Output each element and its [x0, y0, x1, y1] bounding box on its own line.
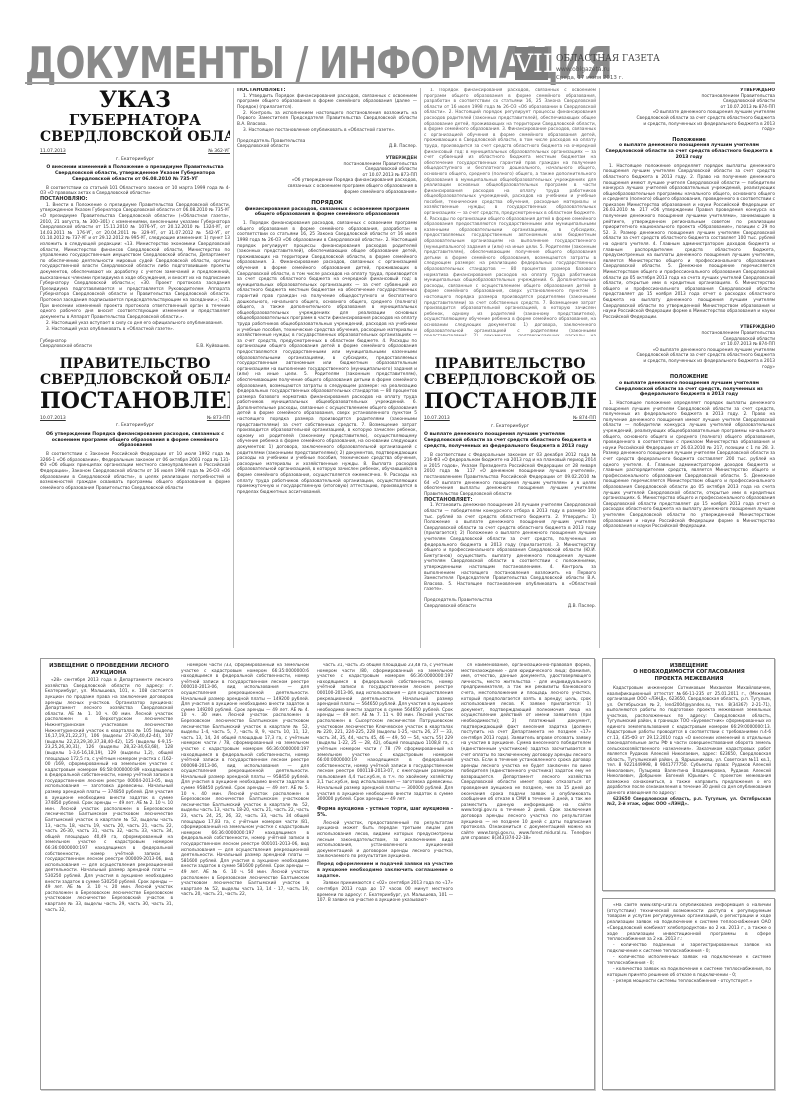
heat-supply-body: «На сайте www.skhp-ural.ru опубликована …	[607, 903, 771, 943]
post873-gov-2: СВЕРДЛОВСКОЙ ОБЛАСТИ	[40, 372, 230, 388]
ukaz-date: 11.07.2013	[40, 149, 66, 155]
mezhevanie-notice: ИЗВЕЩЕНИЕ О НЕОБХОДИМОСТИ СОГЛАСОВАНИЯ П…	[602, 658, 775, 891]
column-ukaz: УКАЗ ГУБЕРНАТОРА СВЕРДЛОВСКОЙ ОБЛАСТИ 11…	[40, 88, 230, 648]
heat-supply-item-2: - количество исполненных заявок на подкл…	[607, 955, 771, 966]
ukaz-signer-name: Е.В. Куйвашев.	[196, 344, 230, 350]
issue-date: Среда, 17 июля 2013 г.	[556, 75, 623, 81]
auction-text-3b: Лесной участок, предоставленный по резул…	[317, 821, 453, 860]
ukaz-intro: В соответствии со статьей 101 Областного…	[40, 186, 230, 197]
ukaz-heading: О внесении изменений в Положение о прези…	[40, 165, 230, 182]
auction-col-3: часть 31, часть 35 общей площадью 23,48 …	[317, 663, 453, 1083]
column-divider	[420, 88, 421, 648]
order-body-continued: 1. Порядок финансирования расходов, связ…	[424, 88, 596, 336]
post873-signer-title-2: Свердловской области	[237, 144, 305, 150]
post873-date: 10.07.2013	[40, 416, 66, 422]
post873-city: г. Екатеринбург	[40, 423, 230, 429]
post873-point-3: 3. Настоящее постановление опубликовать …	[237, 128, 417, 134]
order-subtitle: финансирования расходов, связанных с осв…	[237, 207, 417, 219]
column-post873-order: ПОСТАНОВЛЯЕТ: 1. Утвердить Порядок финан…	[237, 88, 417, 648]
post873-signer-name: Д.В. Паслер.	[389, 144, 417, 150]
auction-text-1: «28» сентября 2013 года в Департаменте л…	[45, 678, 173, 913]
ukaz-subtitle-2: СВЕРДЛОВСКОЙ ОБЛАСТИ	[40, 129, 230, 146]
post873-gov-1: ПРАВИТЕЛЬСТВО	[40, 356, 230, 372]
post874-heading: О выплате денежного поощрения лучшим учи…	[424, 432, 596, 449]
post874-number: № 874-ПП	[573, 416, 596, 422]
auction-text-3: часть 31, часть 35 общей площадью 23,48 …	[317, 663, 453, 803]
auction-notice: ИЗВЕЩЕНИЕ О ПРОВЕДЕНИИ ЛЕСНОГО АУКЦИОНА …	[40, 658, 595, 1090]
auction-col-4: ся наименование, организационно-правовая…	[461, 663, 591, 1083]
auction-form-heading: Форма аукциона - устные торги, шаг аукци…	[317, 807, 453, 819]
post874-date: 10.07.2013	[424, 416, 450, 422]
ukaz-body: 1. Внести в Положение о президиуме Прави…	[40, 203, 230, 320]
page-number: VII	[515, 47, 548, 80]
post874-signer-title-2: Свердловской области	[424, 604, 492, 610]
ukaz-signer-title-2: Свердловской области	[40, 344, 92, 350]
newspaper-url[interactable]: www.oblgazeta.ru	[556, 66, 610, 73]
post873-body: В соответствии с Законом Российской Феде…	[40, 452, 230, 491]
reg1-body: 1. Настоящее положение определяет порядо…	[603, 164, 775, 321]
reg2-body: 1. Настоящее положение определяет порядо…	[603, 401, 775, 530]
reg1-line-4: «О выплате денежного поощрения лучшим уч…	[633, 110, 775, 132]
ukaz-city: г. Екатеринбург	[40, 157, 230, 163]
auction-text-2: номером части /33, сформированный на зем…	[181, 663, 309, 898]
auction-text-3c: Заявки принимаются с «02» сентября 2013 …	[317, 881, 453, 903]
ukaz-point-3: 3. Настоящий указ опубликовать в «Област…	[40, 327, 230, 333]
auction-col-2: номером части /33, сформированный на зем…	[181, 663, 309, 1083]
post873-number: № 873-ПП	[207, 416, 230, 422]
auction-col-1: ИЗВЕЩЕНИЕ О ПРОВЕДЕНИИ ЛЕСНОГО АУКЦИОНА …	[45, 663, 173, 1083]
column-divider	[599, 88, 600, 648]
post874-signer-name: Д.В. Паслер.	[568, 604, 596, 610]
ukaz-point-2: 2. Настоящий указ вступает в силу со дня…	[40, 321, 230, 327]
post874-points: 1. Установить денежное поощрение 24 лучш…	[424, 503, 596, 593]
mezhevanie-title-3: ПРОЕКТА МЕЖЕВАНИЯ	[607, 676, 771, 682]
mezhevanie-body: Кадастровым инженером Сотниковым Михаило…	[607, 685, 771, 795]
heat-supply-content: «На сайте www.skhp-ural.ru опубликована …	[607, 903, 771, 1087]
reg2-line-4: «О выплате денежного поощрения лучшим уч…	[633, 348, 775, 370]
auction-title: ИЗВЕЩЕНИЕ О ПРОВЕДЕНИИ ЛЕСНОГО АУКЦИОНА	[45, 663, 173, 676]
post873-point-2: 2. Контроль за исполнением настоящего по…	[237, 111, 417, 128]
ukaz-number: № 362-УГ	[208, 149, 230, 155]
post873-point-1: 1. Утвердить Порядок финансирования расх…	[237, 94, 417, 111]
heat-supply-item-4: - резерв мощности системы теплоснабжения…	[607, 979, 771, 985]
column-divider	[233, 88, 234, 648]
post874-gov-2: СВЕРДЛОВСКОЙ ОБЛАСТИ	[424, 372, 596, 388]
post874-gov-1: ПРАВИТЕЛЬСТВО	[424, 356, 596, 372]
post874-body: В соответствии с Федеральным законом от …	[424, 453, 596, 498]
masthead-rule	[25, 82, 775, 84]
post874-title: ПОСТАНОВЛЕНИЕ	[424, 388, 596, 414]
mezhevanie-address: 623650 Свердловская область, р.п. Тугулы…	[607, 796, 771, 807]
post874-city: г. Екатеринбург	[424, 424, 596, 430]
column-order-continued: 1. Порядок финансирования расходов, связ…	[424, 88, 596, 336]
newspaper-name: ОБЛАСТНАЯ ГАЗЕТА	[556, 54, 660, 64]
post874-signer-title-1: Председатель Правительства	[424, 598, 492, 604]
column-regulations: УТВЕРЖДЕНО постановлением Правительства …	[603, 88, 775, 648]
order-body: 1. Порядок финансирования расходов, связ…	[237, 221, 417, 495]
reg2-subtitle: о выплате денежного поощрения лучшим учи…	[603, 381, 775, 398]
reg1-subtitle: о выплате денежного поощрения лучшим учи…	[603, 143, 775, 160]
heat-supply-item-1: - количество поданных и зарегистрированн…	[607, 943, 771, 954]
heat-supply-item-3: - количество заявок на подключение к сис…	[607, 967, 771, 978]
auction-deposit-heading: Перед оформлением и подачей заявки на уч…	[317, 862, 453, 879]
heat-supply-notice: «На сайте www.skhp-ural.ru опубликована …	[602, 898, 775, 1090]
auction-text-4: ся наименование, организационно-правовая…	[461, 663, 591, 842]
mezhevanie-content: ИЗВЕЩЕНИЕ О НЕОБХОДИМОСТИ СОГЛАСОВАНИЯ П…	[607, 663, 771, 888]
post873-title: ПОСТАНОВЛЕНИЕ	[40, 388, 230, 414]
post873-approved-line-4: «Об утверждении Порядка финансирования р…	[287, 178, 417, 195]
ukaz-title: УКАЗ	[40, 88, 230, 112]
ukaz-subtitle-1: ГУБЕРНАТОРА	[40, 112, 230, 129]
post873-heading: Об утверждении Порядка финансирования ра…	[40, 432, 230, 449]
column-post874: ПРАВИТЕЛЬСТВО СВЕРДЛОВСКОЙ ОБЛАСТИ ПОСТА…	[424, 356, 596, 648]
